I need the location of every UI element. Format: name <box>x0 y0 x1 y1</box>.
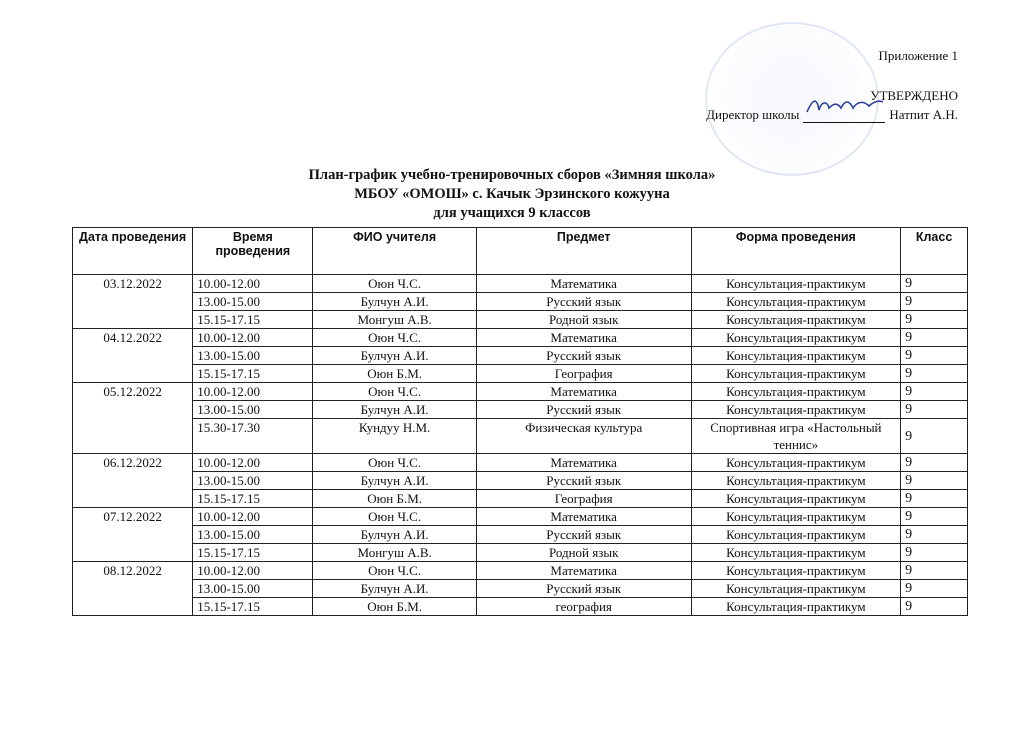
cell-class: 9 <box>901 598 968 616</box>
cell-subject: Математика <box>476 275 691 293</box>
document-title: План-график учебно-тренировочных сборов … <box>0 166 1024 223</box>
cell-time: 10.00-12.00 <box>193 383 313 401</box>
table-row: 15.15-17.15Монгуш А.В.Родной языкКонсуль… <box>73 311 968 329</box>
cell-teacher: Оюн Б.М. <box>313 490 476 508</box>
cell-form: Консультация-практикум <box>691 472 901 490</box>
cell-date: 06.12.2022 <box>73 454 193 508</box>
cell-class: 9 <box>901 562 968 580</box>
cell-time: 10.00-12.00 <box>193 562 313 580</box>
cell-teacher: Булчун А.И. <box>313 526 476 544</box>
cell-form: Консультация-практикум <box>691 526 901 544</box>
cell-time: 10.00-12.00 <box>193 275 313 293</box>
cell-time: 15.15-17.15 <box>193 544 313 562</box>
cell-subject: Физическая культура <box>476 419 691 454</box>
cell-class: 9 <box>901 580 968 598</box>
title-line-1: План-график учебно-тренировочных сборов … <box>0 166 1024 185</box>
cell-teacher: Булчун А.И. <box>313 580 476 598</box>
cell-subject: География <box>476 490 691 508</box>
cell-teacher: Оюн Ч.С. <box>313 454 476 472</box>
cell-time: 13.00-15.00 <box>193 347 313 365</box>
cell-time: 15.30-17.30 <box>193 419 313 454</box>
table-row: 13.00-15.00Булчун А.И.Русский языкКонсул… <box>73 401 968 419</box>
cell-subject: Родной язык <box>476 311 691 329</box>
cell-form: Консультация-практикум <box>691 454 901 472</box>
schedule-table: Дата проведения Время проведения ФИО учи… <box>72 227 968 616</box>
cell-time: 15.15-17.15 <box>193 490 313 508</box>
title-line-2: МБОУ «ОМОШ» с. Качык Эрзинского кожууна <box>0 185 1024 204</box>
cell-time: 13.00-15.00 <box>193 293 313 311</box>
cell-form: Консультация-практикум <box>691 293 901 311</box>
director-signature-block: Директор школы Натпит А.Н. <box>706 106 958 123</box>
table-row: 15.15-17.15Оюн Б.М.ГеографияКонсультация… <box>73 365 968 383</box>
cell-teacher: Булчун А.И. <box>313 472 476 490</box>
table-row: 13.00-15.00Булчун А.И.Русский языкКонсул… <box>73 526 968 544</box>
table-header-row: Дата проведения Время проведения ФИО учи… <box>73 228 968 275</box>
column-header-teacher: ФИО учителя <box>313 228 476 275</box>
cell-form: Консультация-практикум <box>691 562 901 580</box>
cell-form: Консультация-практикум <box>691 544 901 562</box>
cell-class: 9 <box>901 347 968 365</box>
cell-class: 9 <box>901 419 968 454</box>
cell-subject: Русский язык <box>476 526 691 544</box>
cell-class: 9 <box>901 401 968 419</box>
cell-subject: Математика <box>476 562 691 580</box>
cell-class: 9 <box>901 329 968 347</box>
appendix-label: Приложение 1 <box>878 48 958 64</box>
table-row: 15.30-17.30Кундуу Н.М.Физическая культур… <box>73 419 968 454</box>
cell-form: Консультация-практикум <box>691 347 901 365</box>
signature-icon <box>803 106 885 123</box>
cell-class: 9 <box>901 275 968 293</box>
cell-class: 9 <box>901 383 968 401</box>
table-row: 06.12.202210.00-12.00Оюн Ч.С.МатематикаК… <box>73 454 968 472</box>
table-row: 13.00-15.00Булчун А.И.Русский языкКонсул… <box>73 580 968 598</box>
cell-teacher: Оюн Ч.С. <box>313 562 476 580</box>
cell-teacher: Булчун А.И. <box>313 347 476 365</box>
cell-class: 9 <box>901 544 968 562</box>
column-header-class: Класс <box>901 228 968 275</box>
cell-form: Консультация-практикум <box>691 401 901 419</box>
cell-teacher: Кундуу Н.М. <box>313 419 476 454</box>
table-row: 15.15-17.15Оюн Б.М.географияКонсультация… <box>73 598 968 616</box>
cell-form: Консультация-практикум <box>691 329 901 347</box>
table-row: 04.12.202210.00-12.00Оюн Ч.С.МатематикаК… <box>73 329 968 347</box>
cell-subject: Математика <box>476 508 691 526</box>
cell-class: 9 <box>901 293 968 311</box>
cell-time: 15.15-17.15 <box>193 365 313 383</box>
cell-subject: Русский язык <box>476 472 691 490</box>
cell-teacher: Монгуш А.В. <box>313 311 476 329</box>
cell-subject: География <box>476 365 691 383</box>
cell-time: 13.00-15.00 <box>193 401 313 419</box>
cell-time: 15.15-17.15 <box>193 311 313 329</box>
cell-class: 9 <box>901 311 968 329</box>
cell-date: 08.12.2022 <box>73 562 193 616</box>
schedule-body: 03.12.202210.00-12.00Оюн Ч.С.МатематикаК… <box>73 275 968 616</box>
cell-time: 10.00-12.00 <box>193 329 313 347</box>
cell-time: 15.15-17.15 <box>193 598 313 616</box>
cell-teacher: Оюн Ч.С. <box>313 275 476 293</box>
cell-subject: Математика <box>476 329 691 347</box>
table-row: 15.15-17.15Монгуш А.В.Родной языкКонсуль… <box>73 544 968 562</box>
cell-form: Консультация-практикум <box>691 383 901 401</box>
table-row: 13.00-15.00Булчун А.И.Русский языкКонсул… <box>73 293 968 311</box>
column-header-date: Дата проведения <box>73 228 193 275</box>
cell-teacher: Оюн Ч.С. <box>313 508 476 526</box>
cell-subject: Русский язык <box>476 580 691 598</box>
table-row: 13.00-15.00Булчун А.И.Русский языкКонсул… <box>73 347 968 365</box>
cell-subject: Родной язык <box>476 544 691 562</box>
table-row: 05.12.202210.00-12.00Оюн Ч.С.МатематикаК… <box>73 383 968 401</box>
table-row: 07.12.202210.00-12.00Оюн Ч.С.МатематикаК… <box>73 508 968 526</box>
cell-form: Консультация-практикум <box>691 508 901 526</box>
cell-time: 13.00-15.00 <box>193 526 313 544</box>
cell-form: Консультация-практикум <box>691 365 901 383</box>
cell-teacher: Булчун А.И. <box>313 401 476 419</box>
director-label: Директор школы <box>706 107 799 123</box>
cell-form: Консультация-практикум <box>691 580 901 598</box>
cell-form: Консультация-практикум <box>691 598 901 616</box>
cell-form: Спортивная игра «Настольный теннис» <box>691 419 901 454</box>
cell-time: 10.00-12.00 <box>193 454 313 472</box>
cell-time: 13.00-15.00 <box>193 580 313 598</box>
title-line-3: для учащихся 9 классов <box>0 204 1024 223</box>
cell-teacher: Монгуш А.В. <box>313 544 476 562</box>
cell-subject: Русский язык <box>476 293 691 311</box>
cell-time: 10.00-12.00 <box>193 508 313 526</box>
cell-subject: Русский язык <box>476 401 691 419</box>
cell-date: 04.12.2022 <box>73 329 193 383</box>
cell-form: Консультация-практикум <box>691 490 901 508</box>
cell-date: 07.12.2022 <box>73 508 193 562</box>
table-row: 08.12.202210.00-12.00Оюн Ч.С.МатематикаК… <box>73 562 968 580</box>
cell-class: 9 <box>901 472 968 490</box>
table-row: 15.15-17.15Оюн Б.М.ГеографияКонсультация… <box>73 490 968 508</box>
column-header-time: Время проведения <box>193 228 313 275</box>
cell-class: 9 <box>901 365 968 383</box>
cell-teacher: Булчун А.И. <box>313 293 476 311</box>
cell-form: Консультация-практикум <box>691 311 901 329</box>
cell-subject: Математика <box>476 383 691 401</box>
table-row: 03.12.202210.00-12.00Оюн Ч.С.МатематикаК… <box>73 275 968 293</box>
cell-subject: география <box>476 598 691 616</box>
column-header-subject: Предмет <box>476 228 691 275</box>
cell-class: 9 <box>901 454 968 472</box>
director-name: Натпит А.Н. <box>889 107 958 123</box>
cell-class: 9 <box>901 508 968 526</box>
cell-teacher: Оюн Ч.С. <box>313 329 476 347</box>
cell-class: 9 <box>901 526 968 544</box>
cell-date: 05.12.2022 <box>73 383 193 454</box>
cell-teacher: Оюн Б.М. <box>313 365 476 383</box>
cell-date: 03.12.2022 <box>73 275 193 329</box>
column-header-form: Форма проведения <box>691 228 901 275</box>
cell-teacher: Оюн Ч.С. <box>313 383 476 401</box>
cell-subject: Русский язык <box>476 347 691 365</box>
cell-teacher: Оюн Б.М. <box>313 598 476 616</box>
cell-time: 13.00-15.00 <box>193 472 313 490</box>
cell-subject: Математика <box>476 454 691 472</box>
cell-form: Консультация-практикум <box>691 275 901 293</box>
table-row: 13.00-15.00Булчун А.И.Русский языкКонсул… <box>73 472 968 490</box>
cell-class: 9 <box>901 490 968 508</box>
